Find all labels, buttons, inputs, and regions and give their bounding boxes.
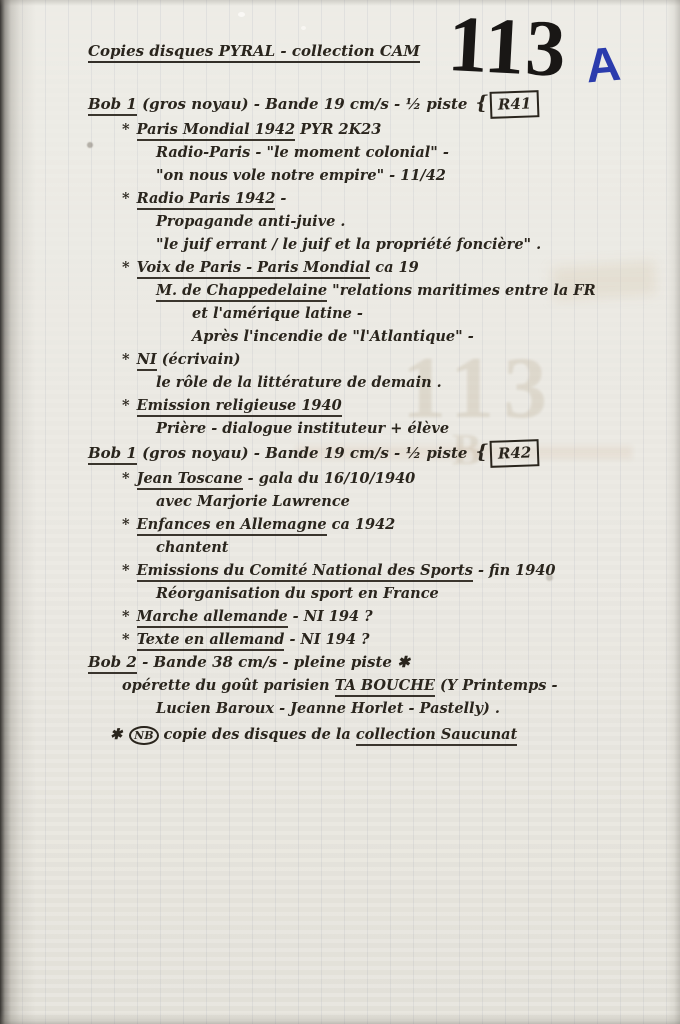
entry-line: *Paris Mondial 1942 PYR 2K23	[122, 118, 654, 141]
entry-line: opérette du goût parisien TA BOUCHE (Y P…	[122, 674, 654, 697]
entry-line: *Emission religieuse 1940	[122, 394, 654, 417]
sub-line: "le juif errant / le juif et la propriét…	[156, 233, 654, 256]
line-text: le rôle de la littérature de demain .	[156, 374, 442, 391]
section-heading: Bob 1 (gros noyau) - Bande 19 cm/s - ½ p…	[88, 91, 654, 118]
reel-label: Bob 1	[88, 95, 137, 116]
entry-line: *Texte en allemand - NI 194 ?	[122, 628, 654, 651]
underlined-text: NI	[137, 351, 157, 371]
line-text: Réorganisation du sport en France	[156, 585, 439, 602]
sub-line: Propagande anti-juive .	[156, 210, 654, 233]
entry-line: *Voix de Paris - Paris Mondial ca 19	[122, 256, 654, 279]
entry-line: *Enfances en Allemagne ca 1942	[122, 513, 654, 536]
reel-label: Bob 1	[88, 444, 137, 465]
underlined-text: Marche allemande	[137, 608, 288, 628]
sub-line: Radio-Paris - "le moment colonial" -	[156, 141, 654, 164]
line-text: avec Marjorie Lawrence	[156, 493, 350, 510]
bullet: *	[122, 631, 137, 648]
underlined-text: Emission religieuse 1940	[137, 397, 342, 417]
line-text: Lucien Baroux - Jeanne Horlet - Pastelly…	[156, 700, 500, 717]
underlined-text: Voix de Paris - Paris Mondial	[137, 259, 371, 279]
sub-line: Après l'incendie de "l'Atlantique" -	[192, 325, 654, 348]
line-text: - fin 1940	[473, 562, 556, 579]
line-text: et l'amérique latine -	[192, 305, 363, 322]
line-text: Après l'incendie de "l'Atlantique" -	[192, 328, 474, 345]
section-heading: Bob 2 - Bande 38 cm/s - pleine piste ✱	[88, 651, 654, 674]
sub-line: chantent	[156, 536, 654, 559]
entry-line: *Emissions du Comité National des Sports…	[122, 559, 654, 582]
sub-line: Lucien Baroux - Jeanne Horlet - Pastelly…	[156, 697, 654, 720]
line-text: - gala du 16/10/1940	[243, 470, 416, 487]
line-text: ca 19	[370, 259, 419, 276]
line-text: Propagande anti-juive .	[156, 213, 345, 230]
asterisk-glyph: ✱	[110, 726, 129, 743]
sub-line: et l'amérique latine -	[192, 302, 654, 325]
line-text: "le juif errant / le juif et la propriét…	[156, 236, 541, 253]
underlined-text: Radio Paris 1942	[137, 190, 276, 210]
nb-circle: NB	[129, 726, 158, 745]
bullet: *	[122, 470, 137, 487]
line-text: (gros noyau) - Bande 19 cm/s - ½ piste	[137, 95, 468, 113]
underlined-text: Paris Mondial 1942	[137, 121, 296, 141]
entry-line: *Radio Paris 1942 -	[122, 187, 654, 210]
handwritten-content: Copies disques PYRAL - collection CAM Bo…	[88, 40, 654, 746]
line-text: -	[275, 190, 286, 207]
line-text: (écrivain)	[157, 351, 241, 368]
bullet: *	[122, 190, 137, 207]
bullet: *	[122, 259, 137, 276]
entry-line: *Jean Toscane - gala du 16/10/1940	[122, 467, 654, 490]
paper-speck	[238, 12, 245, 17]
paper-speck	[301, 26, 306, 30]
underlined-text: collection Saucunat	[356, 726, 517, 746]
underlined-text: Enfances en Allemagne	[137, 516, 327, 536]
brace-glyph: {	[475, 441, 487, 463]
underlined-text: M. de Chappedelaine	[156, 282, 327, 302]
line-text: copie des disques de la	[164, 726, 356, 743]
sub-line: Prière - dialogue instituteur + élève	[156, 417, 654, 440]
line-text: ca 1942	[327, 516, 396, 533]
sub-line: le rôle de la littérature de demain .	[156, 371, 654, 394]
reel-marker: R42	[489, 439, 539, 468]
nota-bene-line: ✱NBcopie des disques de la collection Sa…	[110, 723, 654, 746]
bullet: *	[122, 397, 137, 414]
line-text: PYR 2K23	[295, 121, 381, 138]
bullet: *	[122, 516, 137, 533]
underlined-text: Texte en allemand	[137, 631, 285, 651]
underlined-text: TA BOUCHE	[335, 677, 435, 697]
notebook-page: 113 B 113 A Copies disques PYRAL - colle…	[0, 0, 680, 1024]
line-text: "on nous vole notre empire" - 11/42	[156, 167, 446, 184]
bullet: *	[122, 562, 137, 579]
line-text: "relations maritimes entre la FR	[327, 282, 596, 299]
bullet: *	[122, 608, 137, 625]
underlined-text: Emissions du Comité National des Sports	[137, 562, 473, 582]
sub-line: M. de Chappedelaine "relations maritimes…	[156, 279, 654, 302]
entry-line: *NI (écrivain)	[122, 348, 654, 371]
line-text: (gros noyau) - Bande 19 cm/s - ½ piste	[137, 444, 468, 462]
brace-glyph: {	[475, 92, 487, 114]
sub-line: Réorganisation du sport en France	[156, 582, 654, 605]
bullet: *	[122, 351, 137, 368]
line-text: Radio-Paris - "le moment colonial" -	[156, 144, 449, 161]
line-text: - NI 194 ?	[288, 608, 373, 625]
line-text: chantent	[156, 539, 228, 556]
page-gutter-shadow	[0, 0, 36, 1024]
line-text: opérette du goût parisien	[122, 677, 335, 694]
page-edge-top	[0, 0, 680, 6]
line-text: (Y Printemps -	[435, 677, 558, 694]
entry-line: *Marche allemande - NI 194 ?	[122, 605, 654, 628]
line-text: Prière - dialogue instituteur + élève	[156, 420, 449, 437]
reel-marker: R41	[489, 90, 539, 119]
page-edge-bottom	[0, 1012, 680, 1024]
line-text: - Bande 38 cm/s - pleine piste ✱	[137, 653, 410, 671]
line-text: - NI 194 ?	[284, 631, 369, 648]
sub-line: avec Marjorie Lawrence	[156, 490, 654, 513]
sub-line: "on nous vole notre empire" - 11/42	[156, 164, 654, 187]
bullet: *	[122, 121, 137, 138]
reel-label: Bob 2	[88, 653, 137, 674]
underlined-text: Jean Toscane	[137, 470, 243, 490]
page-title: Copies disques PYRAL - collection CAM	[88, 40, 654, 63]
page-title-text: Copies disques PYRAL - collection CAM	[88, 42, 420, 63]
page-edge-right	[666, 0, 680, 1024]
section-heading: Bob 1 (gros noyau) - Bande 19 cm/s - ½ p…	[88, 440, 654, 467]
